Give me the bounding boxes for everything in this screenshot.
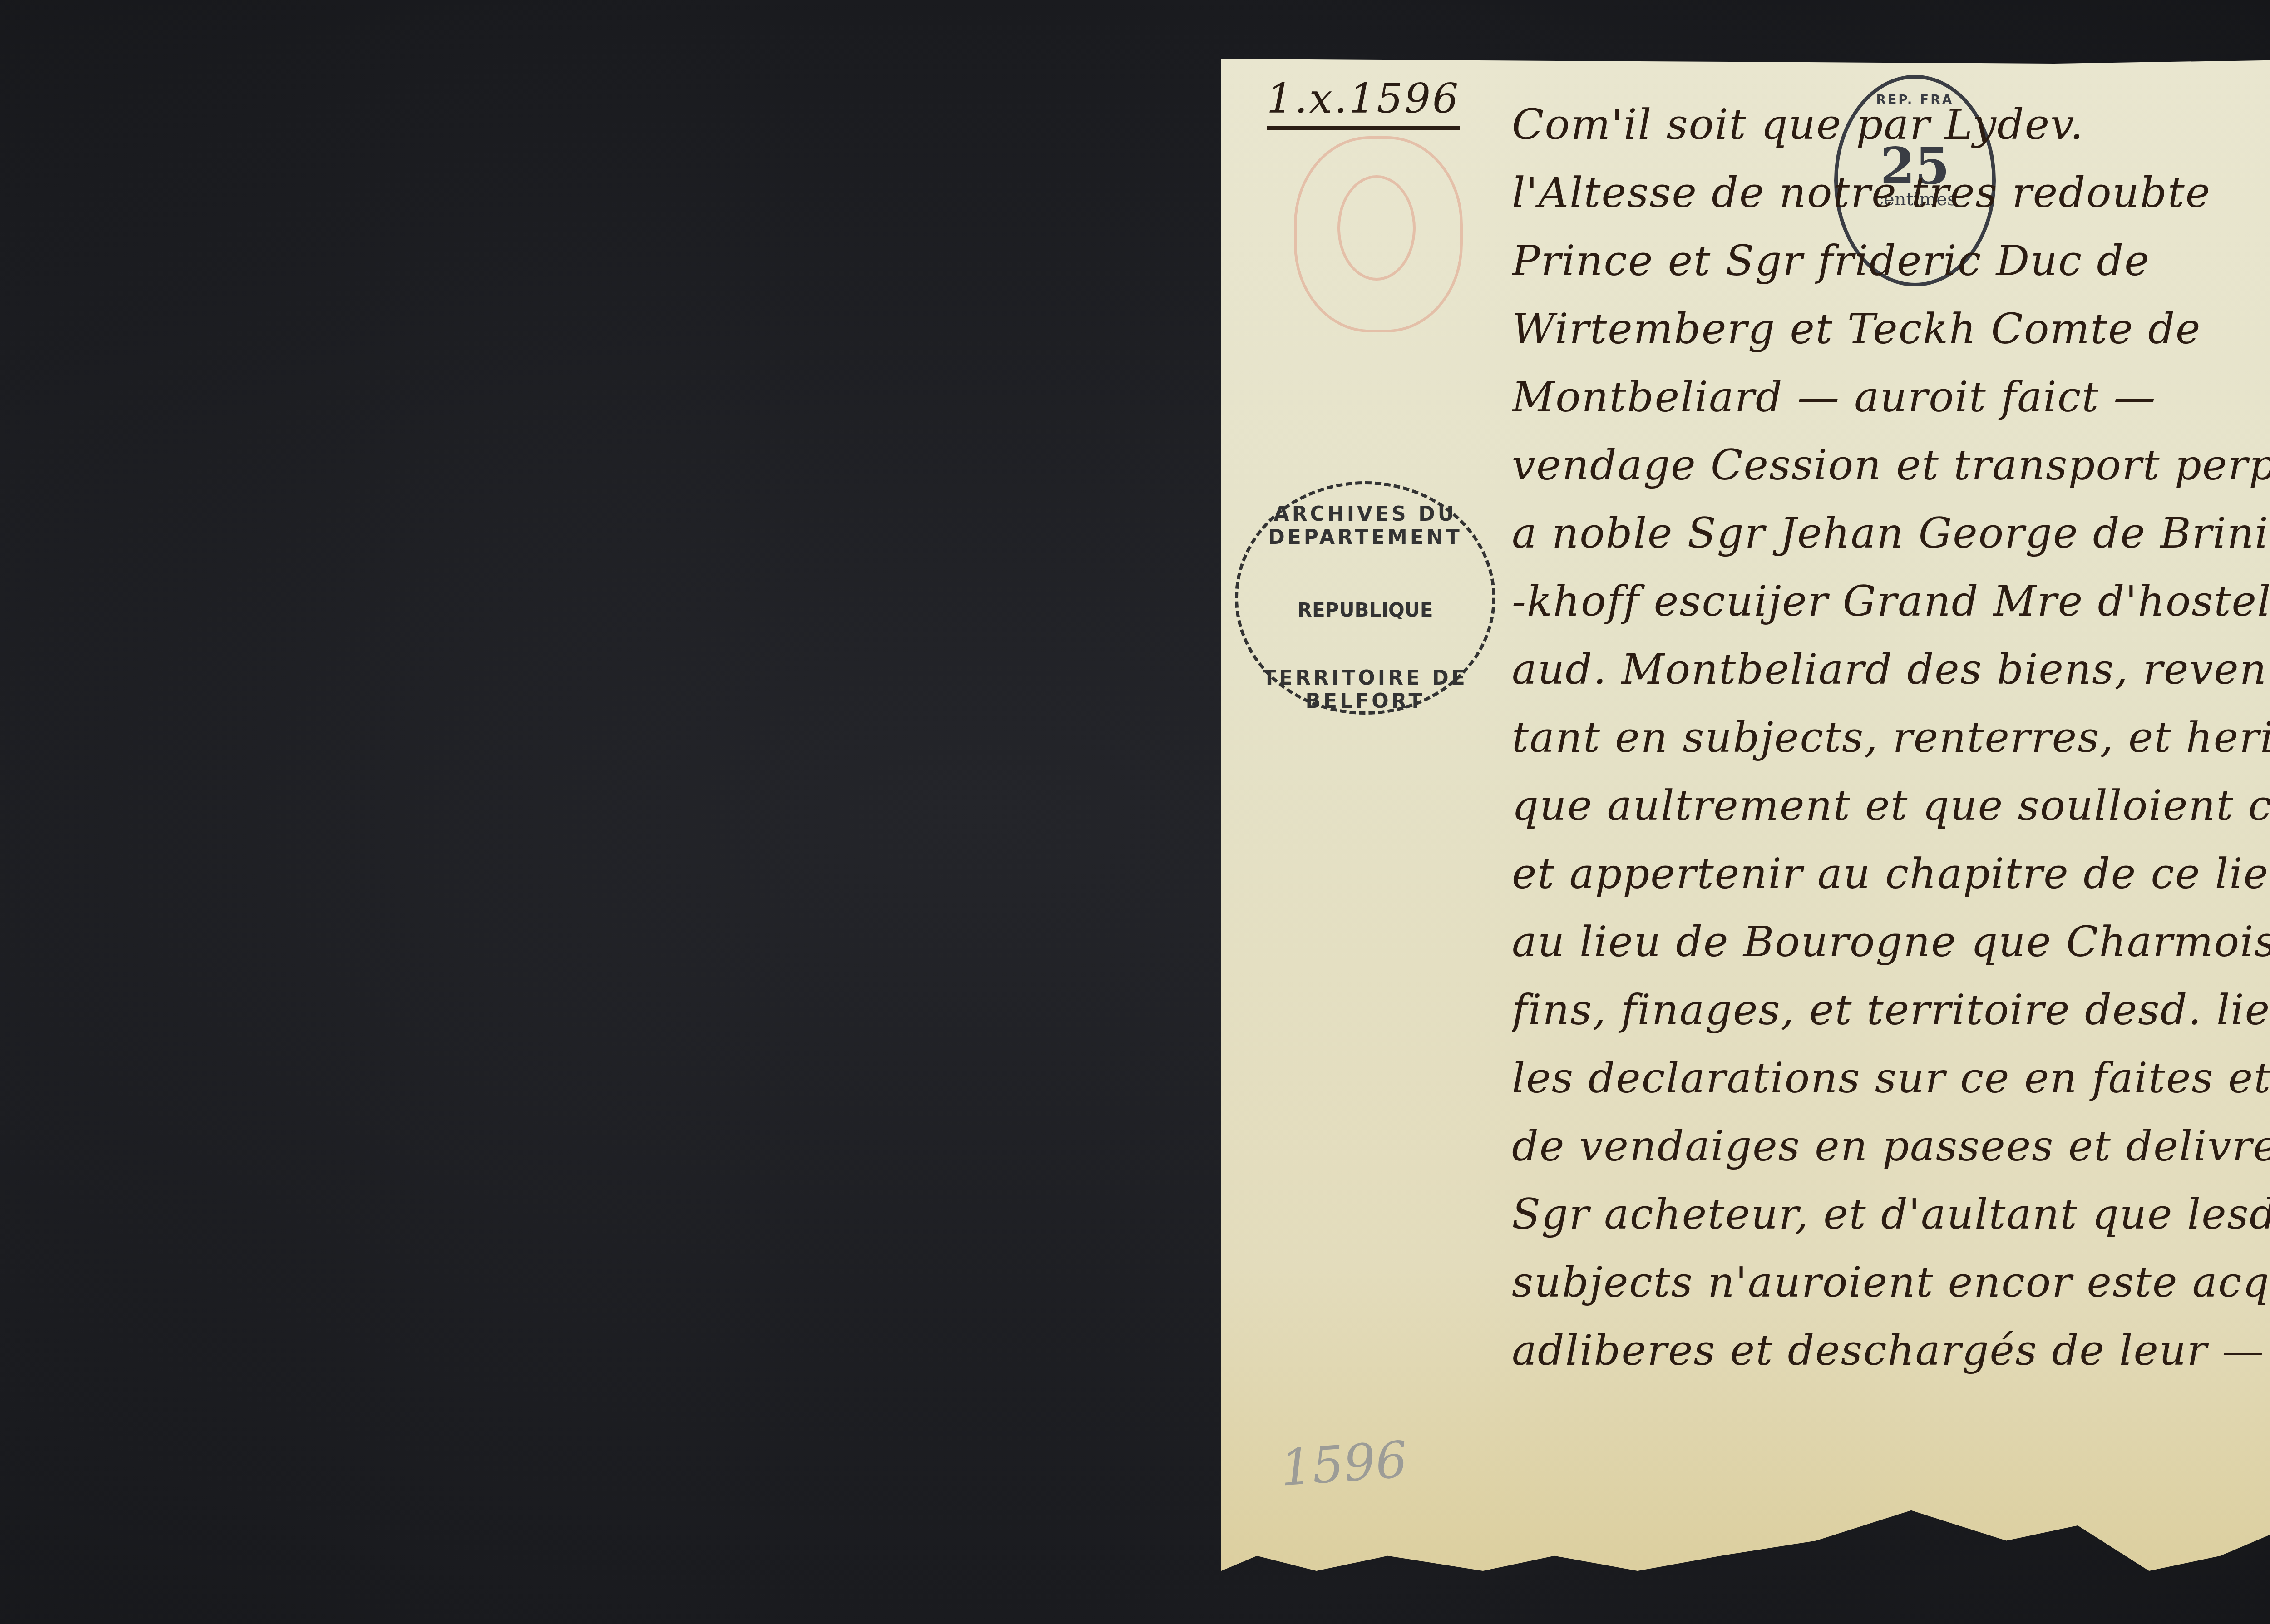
text-line: Sgr acheteur, et d'aultant que lesd. [1512,1180,2270,1249]
text-line: -khoff escuijer Grand Mre d'hostel [1512,568,2270,636]
text-line: vendage Cession et transport perpetuel [1512,431,2270,499]
pencil-year-note: 1596 [1278,1430,1409,1497]
text-line: au lieu de Bourogne que Charmois, [1512,908,2270,976]
reference-date-note: 1.x.1596 [1267,75,1460,130]
text-line: subjects n'auroient encor este acquites [1512,1249,2270,1317]
archive-stamp: ARCHIVES DU DEPARTEMENT REPUBLIQUE TERRI… [1235,481,1495,715]
text-line: tant en subjects, renterres, et heritage… [1512,704,2270,772]
text-line: de vendaiges en passees et delivrees aud… [1512,1112,2270,1180]
text-line: les declarations sur ce en faites et les… [1512,1044,2270,1112]
text-line: aud. Montbeliard des biens, revenus, [1512,636,2270,704]
text-line: l'Altesse de notre tres redoubte [1512,159,2270,227]
archive-stamp-center: REPUBLIQUE [1238,599,1492,621]
text-line: Com'il soit que par Lydev. [1512,91,2270,159]
text-line: a noble Sgr Jehan George de Brini- [1512,499,2270,568]
text-line: Prince et Sgr frideric Duc de [1512,227,2270,295]
text-line: Wirtemberg et Teckh Comte de [1512,295,2270,363]
text-line: adliberes et deschargés de leur — [1512,1317,2270,1385]
text-line: et appertenir au chapitre de ce lieu, ta… [1512,840,2270,908]
text-line: fins, finages, et territoire desd. lieux… [1512,976,2270,1044]
archive-stamp-bottom: TERRITOIRE DE BELFORT [1238,666,1492,713]
red-watermark-seal [1294,136,1463,332]
manuscript-text: Com'il soit que par Lydev. l'Altesse de … [1512,91,2270,1385]
archive-stamp-top: ARCHIVES DU DEPARTEMENT [1238,503,1492,549]
text-line: Montbeliard — auroit faict — [1512,363,2270,431]
text-line: que aultrement et que soulloient compete… [1512,772,2270,840]
